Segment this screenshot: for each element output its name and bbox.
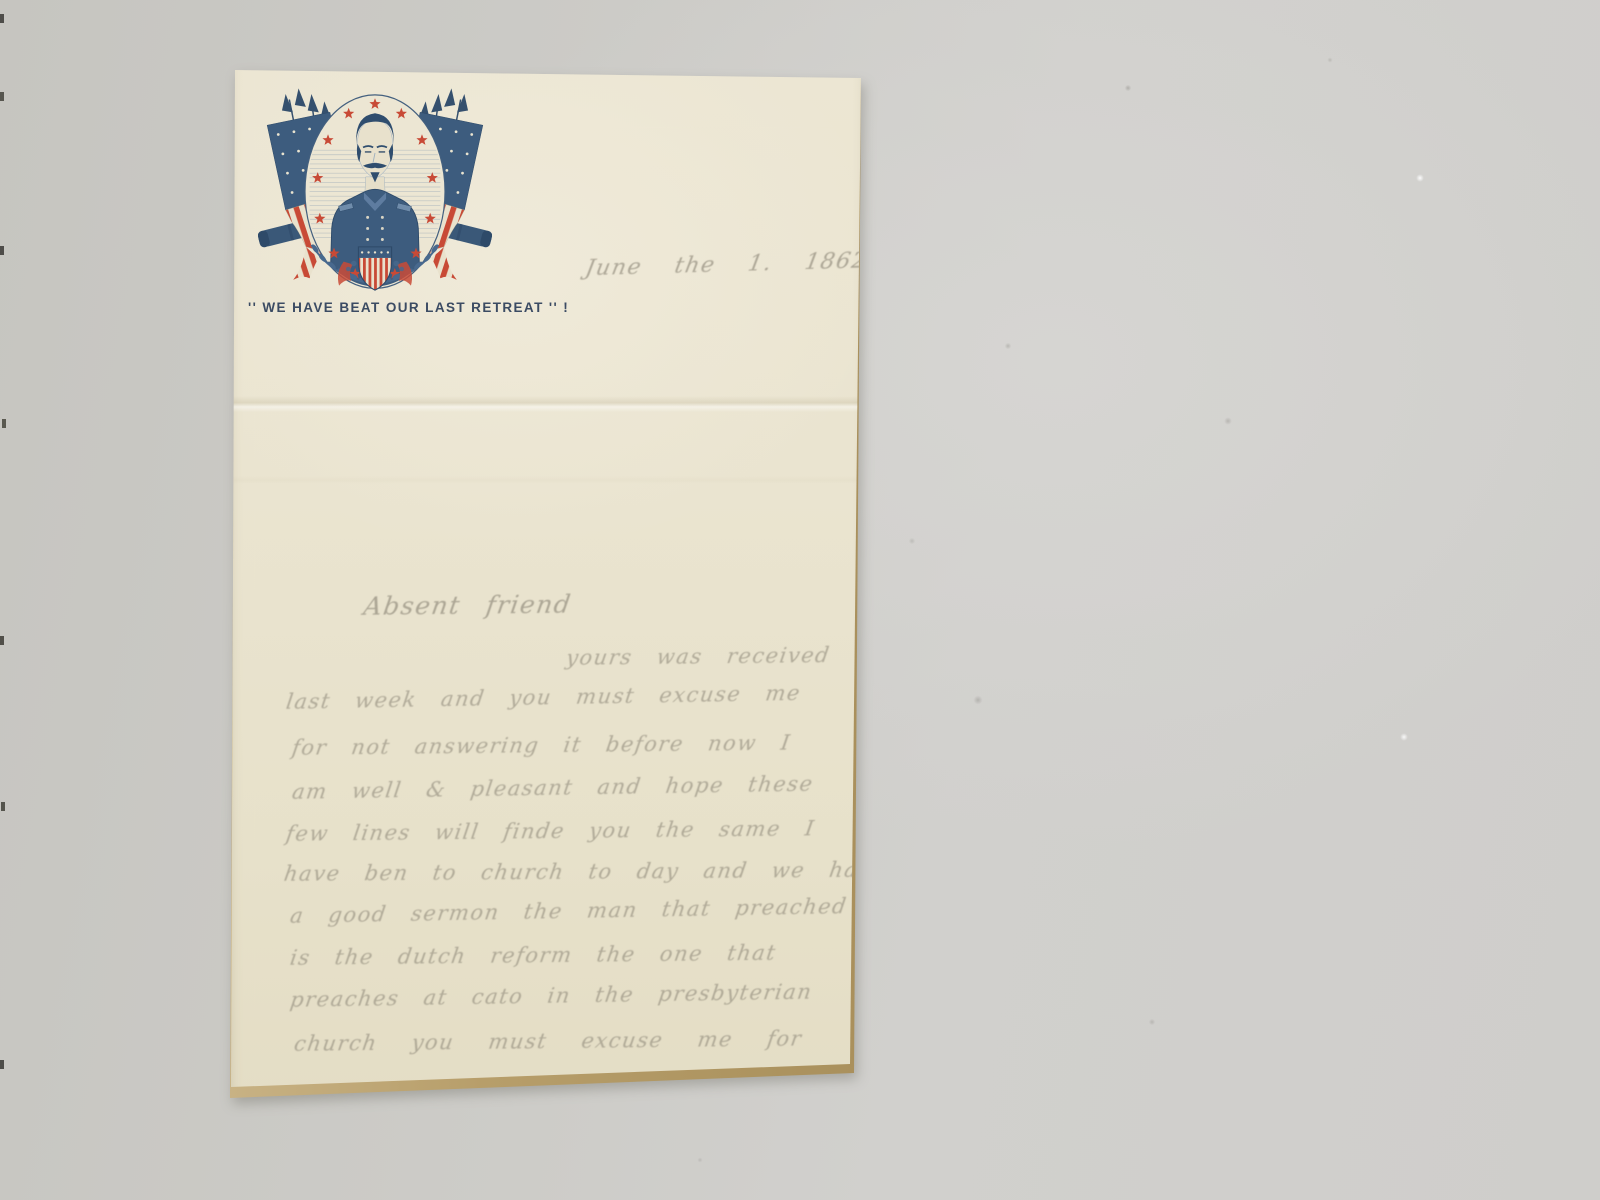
fold-crease-minor bbox=[228, 476, 866, 484]
handwriting-line: preaches at cato in the presbyterian bbox=[289, 980, 815, 1012]
handwriting-line: is the dutch reform the one that bbox=[288, 941, 778, 970]
letter-photo: '' WE HAVE BEAT OUR LAST RETREAT '' ! Ju… bbox=[228, 58, 866, 1102]
fold-crease bbox=[228, 396, 866, 412]
handwriting-line: few lines will finde you the same I bbox=[284, 816, 816, 846]
photo-edge-specks bbox=[0, 14, 4, 23]
letter-dateline: June the 1. 1862 bbox=[583, 248, 869, 281]
letter-paper: '' WE HAVE BEAT OUR LAST RETREAT '' ! Ju… bbox=[228, 58, 866, 1102]
handwriting-line: last week and you must excuse me bbox=[285, 681, 803, 714]
handwriting-line: a good sermon the man that preached bbox=[289, 894, 849, 928]
letterhead-vignette bbox=[258, 80, 492, 294]
handwriting-line: church you must excuse me for bbox=[292, 1027, 804, 1056]
handwriting-line: am well & pleasant and hope these bbox=[291, 772, 816, 804]
letterhead-motto: '' WE HAVE BEAT OUR LAST RETREAT '' ! bbox=[248, 300, 508, 315]
letter-salutation: Absent friend bbox=[362, 590, 574, 621]
handwriting-line: have ben to church to day and we had bbox=[282, 858, 875, 886]
handwriting-line: for not answering it before now I bbox=[290, 731, 792, 760]
handwriting-line: yours was received bbox=[564, 643, 832, 670]
photo-background: '' WE HAVE BEAT OUR LAST RETREAT '' ! Ju… bbox=[0, 0, 1600, 1200]
